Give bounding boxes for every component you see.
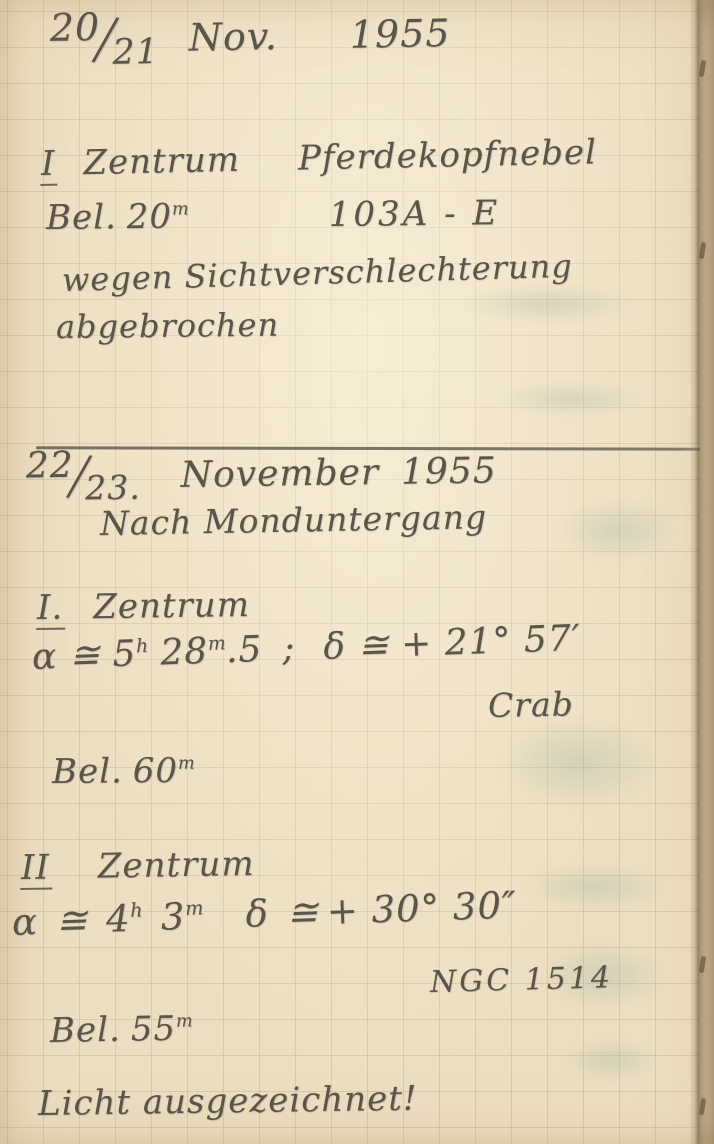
exposure-label: Bel.: [52, 751, 123, 792]
exposure-unit: m: [178, 754, 195, 774]
bleedthrough-mark: [468, 376, 673, 422]
entry1-note-line1: wegen Sichtverschlechterung: [62, 249, 574, 298]
exposure-label: Bel.: [50, 1010, 121, 1051]
separator: ;: [281, 628, 296, 669]
delta-symbol: δ: [323, 626, 347, 668]
month: November: [180, 452, 379, 496]
obs2-exposure-line: Bel.55m: [50, 1011, 193, 1051]
approx-sign: ≅: [69, 635, 102, 677]
bleedthrough-mark: [535, 488, 700, 573]
film-type: 103A - E: [329, 193, 501, 235]
entry1-date-line: 20/21Nov.1955: [50, 13, 451, 62]
alpha-symbol: α: [11, 900, 38, 944]
entry1-exposure-line: Bel.20m103A - E: [46, 195, 501, 237]
entry-divider-line: [36, 446, 702, 451]
ra-fraction: .5: [225, 629, 263, 671]
year: 1955: [349, 11, 450, 57]
bleedthrough-mark: [498, 856, 693, 918]
exposure-unit: m: [172, 200, 189, 220]
zentrum-label: Zentrum: [97, 844, 254, 887]
obs1-exposure-line: Bel.60m: [52, 753, 195, 792]
exposure-unit: m: [176, 1012, 193, 1032]
declination: + 30° 30″: [326, 883, 517, 933]
obs2-coordinates: α≅4h3mδ≅+ 30° 30″: [11, 885, 517, 943]
zentrum-label: Zentrum: [83, 140, 241, 183]
ra-minutes: 3: [160, 895, 186, 939]
month: Nov.: [188, 14, 278, 60]
entry2-subtitle: Nach Monduntergang: [100, 499, 488, 542]
entry1-object-title: IZentrumPferdekopfnebel: [40, 134, 598, 185]
exposure-value: 20: [127, 197, 173, 237]
roman-numeral: II: [20, 850, 53, 889]
bleedthrough-mark: [545, 1030, 675, 1090]
entry1-note-line2: abgebrochen: [56, 308, 279, 346]
notebook-page: 20/21Nov.1955 IZentrumPferdekopfnebel Be…: [0, 0, 714, 1144]
ra-hours: 4: [105, 897, 131, 941]
exposure-value: 60: [133, 751, 179, 791]
approx-sign: ≅: [357, 625, 390, 667]
date-fraction: 22/23.: [26, 456, 141, 497]
zentrum-label: Zentrum: [93, 585, 250, 627]
alpha-symbol: α: [31, 636, 58, 678]
obs1-title: I.Zentrum: [36, 587, 250, 630]
obs1-target-name: Crab: [488, 687, 574, 725]
approx-sign: ≅: [286, 890, 319, 934]
obs2-title: IIZentrum: [20, 846, 255, 890]
roman-numeral: I.: [36, 591, 66, 630]
declination: + 21° 57′: [400, 618, 581, 665]
year: 1955: [401, 450, 497, 492]
closing-remark: Licht ausgezeichnet!: [38, 1081, 418, 1124]
entry2-date-line: 22/23.November1955: [26, 451, 497, 497]
ra-minutes: 28: [160, 631, 209, 674]
exposure-value: 55: [130, 1009, 176, 1050]
ra-hours: 5: [112, 633, 137, 675]
date-fraction: 20/21: [50, 18, 159, 62]
exposure-label: Bel.: [46, 197, 117, 238]
obs2-target-name: NGC 1514: [430, 961, 614, 999]
approx-sign: ≅: [55, 898, 88, 942]
object-name: Pferdekopfnebel: [298, 132, 598, 178]
delta-symbol: δ: [245, 892, 270, 936]
roman-numeral: I: [40, 147, 58, 186]
